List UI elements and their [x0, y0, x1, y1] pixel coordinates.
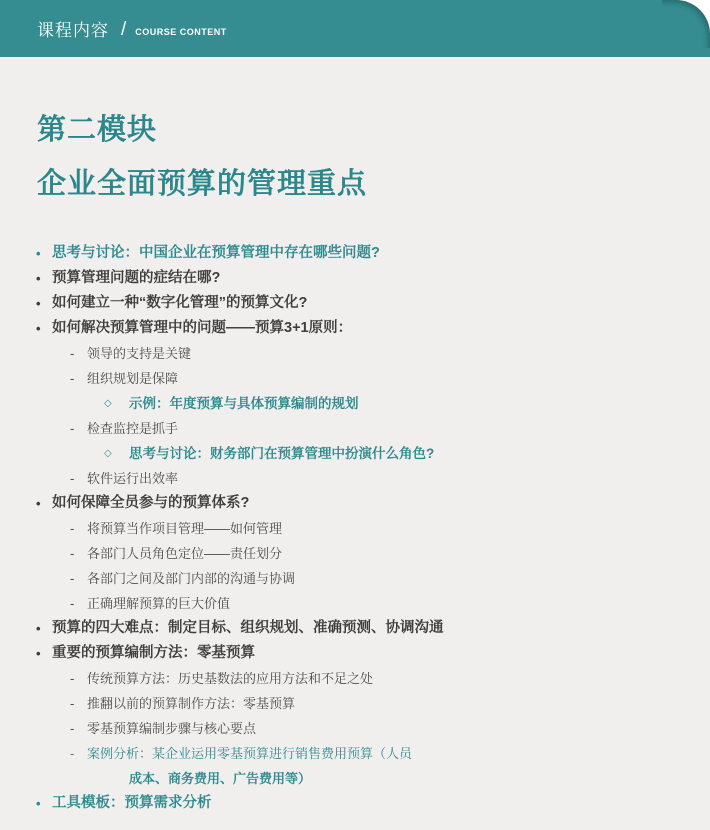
dash-icon: - [70, 341, 74, 366]
list-item: -组织规划是保障 [0, 366, 710, 391]
dash-icon: - [70, 716, 74, 741]
list-item: •预算的四大难点：制定目标、组织规划、准确预测、协调沟通 [0, 616, 710, 641]
list-item-text: 将预算当作项目管理——如何管理 [87, 521, 282, 536]
list-item: -领导的支持是关键 [0, 341, 710, 366]
dash-icon: - [70, 516, 74, 541]
bullet-icon: • [36, 491, 41, 516]
list-item: -各部门之间及部门内部的沟通与协调 [0, 566, 710, 591]
list-item-text: 如何建立一种“数字化管理”的预算文化? [52, 295, 307, 311]
list-item: -案例分析：某企业运用零基预算进行销售费用预算（人员 [0, 741, 710, 766]
list-item-text: 工具模板：预算需求分析 [52, 795, 212, 811]
list-item-text: 领导的支持是关键 [87, 346, 191, 361]
bullet-icon: • [36, 641, 41, 666]
list-item: -软件运行出效率 [0, 466, 710, 491]
list-item-text: 各部门之间及部门内部的沟通与协调 [87, 571, 295, 586]
module-title-line2: 企业全面预算的管理重点 [37, 157, 710, 211]
dash-icon: - [70, 541, 74, 566]
list-item-text: 检查监控是抓手 [87, 421, 178, 436]
list-item-text: 重要的预算编制方法：零基预算 [52, 645, 255, 661]
list-item-text: 思考与讨论：财务部门在预算管理中扮演什么角色? [129, 446, 434, 461]
list-item: ◇示例：年度预算与具体预算编制的规划 [0, 391, 710, 416]
dash-icon: - [70, 366, 74, 391]
list-item-text: 传统预算方法：历史基数法的应用方法和不足之处 [87, 671, 373, 686]
list-item: •预算管理问题的症结在哪? [0, 266, 710, 291]
bullet-icon: • [36, 791, 41, 816]
header: 课程内容 / COURSE CONTENT [0, 0, 710, 57]
list-item-text: 推翻以前的预算制作方法：零基预算 [87, 696, 295, 711]
list-item: -将预算当作项目管理——如何管理 [0, 516, 710, 541]
dash-icon: - [70, 416, 74, 441]
dash-icon: - [70, 466, 74, 491]
list-item-text: 零基预算编制步骤与核心要点 [87, 721, 256, 736]
list-item-text: 预算的四大难点：制定目标、组织规划、准确预测、协调沟通 [52, 620, 444, 636]
list-item-text: 如何保障全员参与的预算体系? [52, 495, 249, 511]
dash-icon: - [70, 691, 74, 716]
header-title-zh: 课程内容 [37, 16, 109, 41]
list-item-text: 软件运行出效率 [87, 471, 178, 486]
list-item: 成本、商务费用、广告费用等） [0, 766, 710, 791]
header-bar: 课程内容 / COURSE CONTENT [0, 0, 710, 57]
list-item-text: 案例分析：某企业运用零基预算进行销售费用预算（人员 [87, 746, 412, 761]
bullet-icon: • [36, 241, 41, 266]
list-item-text: 各部门人员角色定位——责任划分 [87, 546, 282, 561]
list-item: -推翻以前的预算制作方法：零基预算 [0, 691, 710, 716]
dash-icon: - [70, 666, 74, 691]
list-item: -检查监控是抓手 [0, 416, 710, 441]
list-item-text: 组织规划是保障 [87, 371, 178, 386]
list-item-text: 成本、商务费用、广告费用等） [129, 771, 311, 786]
list-item-text: 正确理解预算的巨大价值 [87, 596, 230, 611]
list-item: •重要的预算编制方法：零基预算 [0, 641, 710, 666]
bullet-icon: • [36, 266, 41, 291]
list-item-text: 思考与讨论：中国企业在预算管理中存在哪些问题? [52, 245, 380, 261]
list-item-text: 如何解决预算管理中的问题——预算3+1原则： [52, 320, 352, 336]
list-item-text: 示例：年度预算与具体预算编制的规划 [129, 396, 359, 411]
dash-icon: - [70, 591, 74, 616]
header-title-en: COURSE CONTENT [135, 27, 227, 37]
list-item: -正确理解预算的巨大价值 [0, 591, 710, 616]
list-item: •工具模板：预算需求分析 [0, 791, 710, 816]
course-content-list: •思考与讨论：中国企业在预算管理中存在哪些问题?•预算管理问题的症结在哪?•如何… [0, 241, 710, 816]
list-item: •思考与讨论：中国企业在预算管理中存在哪些问题? [0, 241, 710, 266]
module-title: 第二模块 企业全面预算的管理重点 [37, 103, 710, 211]
bullet-icon: • [36, 316, 41, 341]
diamond-icon: ◇ [104, 441, 112, 466]
header-slash: / [121, 19, 126, 41]
list-item-text: 预算管理问题的症结在哪? [52, 270, 220, 286]
list-item: -各部门人员角色定位——责任划分 [0, 541, 710, 566]
list-item: -零基预算编制步骤与核心要点 [0, 716, 710, 741]
slide-page: 课程内容 / COURSE CONTENT 第二模块 企业全面预算的管理重点 •… [0, 0, 710, 830]
bullet-icon: • [36, 291, 41, 316]
dash-icon: - [70, 566, 74, 591]
list-item: •如何建立一种“数字化管理”的预算文化? [0, 291, 710, 316]
list-item: •如何保障全员参与的预算体系? [0, 491, 710, 516]
module-title-line1: 第二模块 [37, 103, 710, 157]
dash-icon: - [70, 741, 74, 766]
diamond-icon: ◇ [104, 391, 112, 416]
list-item: -传统预算方法：历史基数法的应用方法和不足之处 [0, 666, 710, 691]
list-item: ◇思考与讨论：财务部门在预算管理中扮演什么角色? [0, 441, 710, 466]
list-item: •如何解决预算管理中的问题——预算3+1原则： [0, 316, 710, 341]
bullet-icon: • [36, 616, 41, 641]
